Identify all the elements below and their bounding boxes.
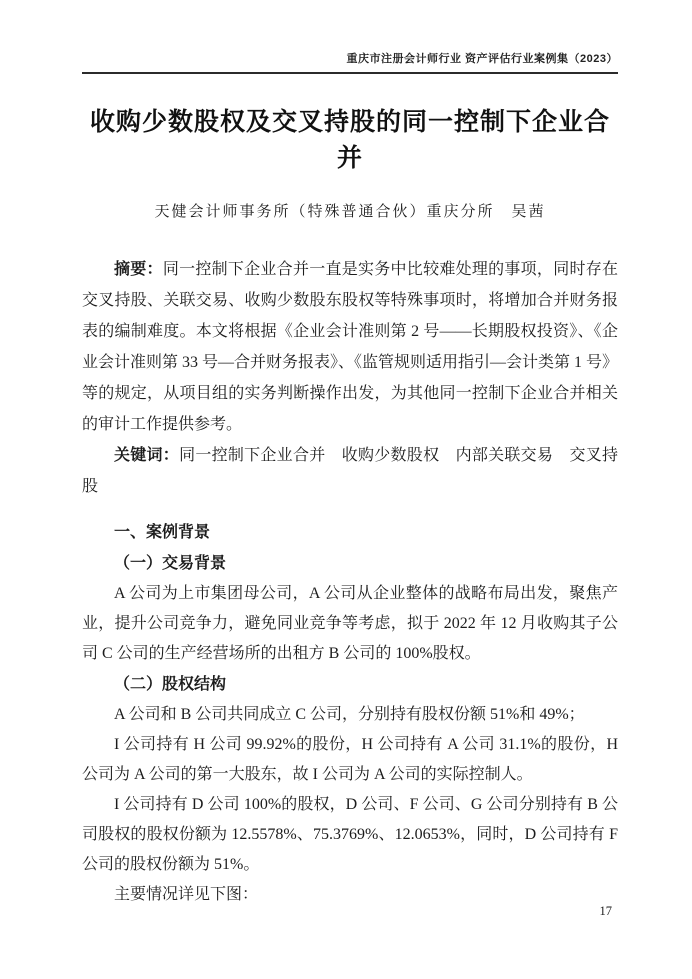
paragraph-figure-lead: 主要情况详见下图： xyxy=(82,880,618,910)
article-body: 摘要：同一控制下企业合并一直是实务中比较难处理的事项，同时存在交叉持股、关联交易… xyxy=(82,254,618,910)
header-rule xyxy=(82,72,618,74)
page-title: 收购少数股权及交叉持股的同一控制下企业合并 xyxy=(82,102,618,174)
paragraph-equity-1: A 公司和 B 公司共同成立 C 公司，分别持有股权份额 51%和 49%； xyxy=(82,700,618,730)
abstract-label: 摘要： xyxy=(114,261,163,278)
subsection-heading-equity-structure: （二）股权结构 xyxy=(82,669,618,700)
author-line: 天健会计师事务所（特殊普通合伙）重庆分所 吴茜 xyxy=(82,200,618,221)
page-content: 重庆市注册会计师行业 资产评估行业案例集（2023） 收购少数股权及交叉持股的同… xyxy=(82,0,618,910)
section-heading-case-background: 一、案例背景 xyxy=(82,517,618,548)
paragraph-equity-3: I 公司持有 D 公司 100%的股权，D 公司、F 公司、G 公司分别持有 B… xyxy=(82,790,618,880)
abstract-text: 同一控制下企业合并一直是实务中比较难处理的事项，同时存在交叉持股、关联交易、收购… xyxy=(82,261,618,433)
keywords-paragraph: 关键词：同一控制下企业合并 收购少数股权 内部关联交易 交叉持股 xyxy=(82,440,618,502)
paragraph-transaction-background: A 公司为上市集团母公司，A 公司从企业整体的战略布局出发，聚焦产业，提升公司竞… xyxy=(82,579,618,669)
section-body: （一）交易背景 A 公司为上市集团母公司，A 公司从企业整体的战略布局出发，聚焦… xyxy=(82,548,618,910)
subsection-heading-transaction-background: （一）交易背景 xyxy=(82,548,618,579)
paragraph-equity-2: I 公司持有 H 公司 99.92%的股份，H 公司持有 A 公司 31.1%的… xyxy=(82,730,618,790)
keywords-label: 关键词： xyxy=(114,447,179,464)
page-number: 17 xyxy=(600,904,613,919)
abstract-paragraph: 摘要：同一控制下企业合并一直是实务中比较难处理的事项，同时存在交叉持股、关联交易… xyxy=(82,254,618,440)
document-page: 重庆市注册会计师行业 资产评估行业案例集（2023） 收购少数股权及交叉持股的同… xyxy=(0,0,692,979)
running-header: 重庆市注册会计师行业 资产评估行业案例集（2023） xyxy=(82,0,618,66)
